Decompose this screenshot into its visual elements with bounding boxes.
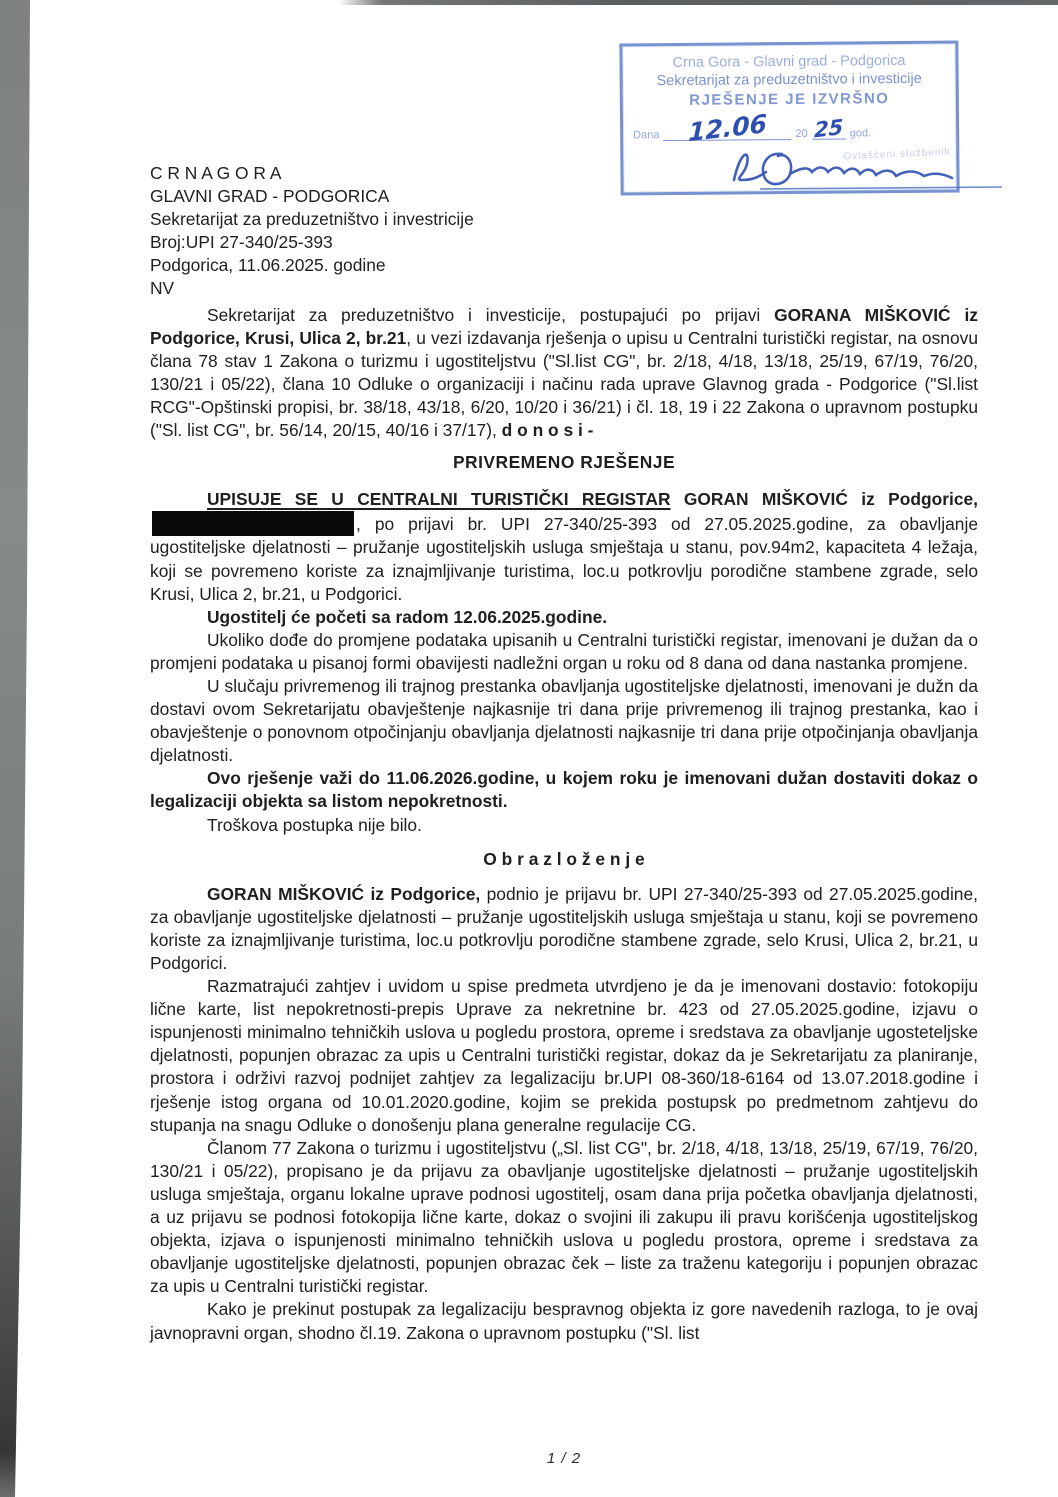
text-segment: d o n o s i -	[502, 420, 594, 440]
letterhead: C R N A G O R A GLAVNI GRAD - PODGORICA …	[150, 162, 978, 301]
change-notice-paragraph: Ukoliko dođe do promjene podataka upisan…	[150, 629, 978, 675]
article77-paragraph: Članom 77 Zakona o turizmu i ugostiteljs…	[150, 1137, 978, 1299]
text-segment: GORAN MIŠKOVIĆ iz Podgorice,	[207, 884, 480, 904]
page-number: 1 / 2	[150, 1450, 978, 1467]
text-segment: Sekretarijat za preduzetništvo i investi…	[207, 305, 774, 325]
validity-paragraph: Ovo rješenje važi do 11.06.2026.godine, …	[150, 767, 978, 813]
document-page: C R N A G O R A GLAVNI GRAD - PODGORICA …	[150, 0, 978, 1345]
letterhead-city: GLAVNI GRAD - PODGORICA	[150, 185, 978, 208]
decision-title: PRIVREMENO RJEŠENJE	[150, 451, 978, 474]
explanation-intro-paragraph: GORAN MIŠKOVIĆ iz Podgorice, podnio je p…	[150, 883, 978, 975]
text-segment: GORAN MIŠKOVIĆ iz Podgorice,	[671, 489, 979, 509]
redaction-box	[152, 511, 354, 536]
decision-paragraph: UPISUJE SE U CENTRALNI TURISTIČKI REGIST…	[150, 488, 978, 605]
intro-paragraph: Sekretarijat za preduzetništvo i investi…	[150, 304, 978, 443]
review-paragraph: Razmatrajući zahtjev i uvidom u spise pr…	[150, 975, 978, 1137]
letterhead-case-number: Broj:UPI 27-340/25-393	[150, 231, 978, 254]
letterhead-country: C R N A G O R A	[150, 162, 978, 185]
costs-line: Troškova postupka nije bilo.	[150, 814, 978, 837]
text-segment: UPISUJE SE U CENTRALNI TURISTIČKI REGIST…	[207, 489, 671, 509]
letterhead-department: Sekretarijat za preduzetništvo i investr…	[150, 208, 978, 231]
letterhead-clerk-initials: NV	[150, 277, 978, 300]
scanner-edge-left	[0, 0, 32, 1497]
letterhead-place-date: Podgorica, 11.06.2025. godine	[150, 254, 978, 277]
start-date-line: Ugostitelj će početi sa radom 12.06.2025…	[150, 606, 978, 629]
cessation-notice-paragraph: U slučaju privremenog ili trajnog presta…	[150, 675, 978, 767]
interrupted-procedure-paragraph: Kako je prekinut postupak za legalizacij…	[150, 1298, 978, 1344]
explanation-title: O b r a z l o ž e n j e	[150, 848, 978, 871]
